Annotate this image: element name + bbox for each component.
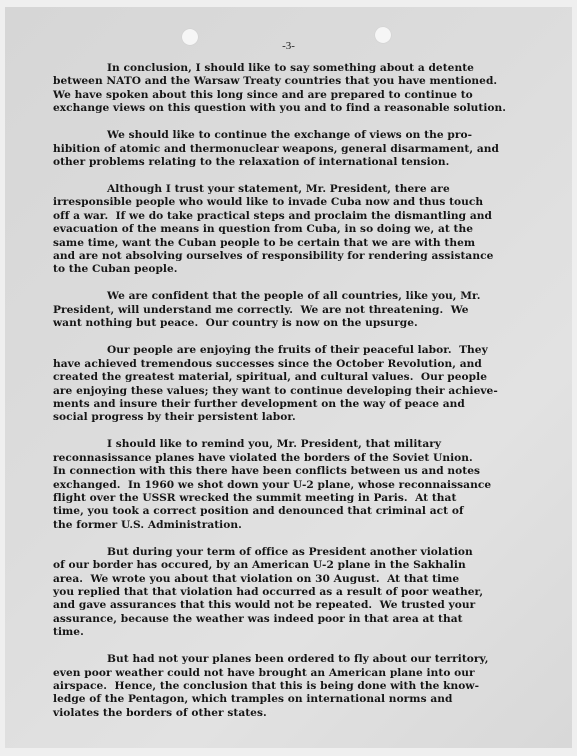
paragraph: But during your term of office as Presid… [53, 546, 513, 640]
paragraph: We should like to continue the exchange … [53, 129, 513, 169]
text-line: off a war. If we do take practical steps… [53, 210, 513, 223]
paragraph: I should like to remind you, Mr. Preside… [53, 438, 513, 532]
text-line: you replied that that violation had occu… [53, 586, 513, 599]
page-number: -3- [5, 40, 572, 52]
letter-body: In conclusion, I should like to say some… [53, 62, 513, 734]
text-line: ledge of the Pentagon, which tramples on… [53, 693, 513, 706]
text-line: But during your term of office as Presid… [53, 546, 513, 559]
text-line: evacuation of the means in question from… [53, 223, 513, 236]
text-line: In connection with this there have been … [53, 465, 513, 478]
text-line: have achieved tremendous successes since… [53, 358, 513, 371]
text-line: exchanged. In 1960 we shot down your U-2… [53, 479, 513, 492]
text-line: irresponsible people who would like to i… [53, 196, 513, 209]
text-line: Our people are enjoying the fruits of th… [53, 344, 513, 357]
text-line: But had not your planes been ordered to … [53, 653, 513, 666]
text-line: social progress by their persistent labo… [53, 411, 513, 424]
text-line: even poor weather could not have brought… [53, 667, 513, 680]
text-line: want nothing but peace. Our country is n… [53, 317, 513, 330]
paragraph: In conclusion, I should like to say some… [53, 62, 513, 116]
text-line: We should like to continue the exchange … [53, 129, 513, 142]
text-line: created the greatest material, spiritual… [53, 371, 513, 384]
paragraph: But had not your planes been ordered to … [53, 653, 513, 720]
text-line: We have spoken about this long since and… [53, 89, 513, 102]
text-line: and gave assurances that this would not … [53, 599, 513, 612]
text-line: are enjoying these values; they want to … [53, 385, 513, 398]
text-line: assurance, because the weather was indee… [53, 613, 513, 626]
text-line: and are not absolving ourselves of respo… [53, 250, 513, 263]
text-line: other problems relating to the relaxatio… [53, 156, 513, 169]
text-line: President, will understand me correctly.… [53, 304, 513, 317]
paragraph: Our people are enjoying the fruits of th… [53, 344, 513, 424]
text-line: same time, want the Cuban people to be c… [53, 237, 513, 250]
document-page: -3- In conclusion, I should like to say … [5, 7, 572, 748]
text-line: to the Cuban people. [53, 263, 513, 276]
text-line: time. [53, 626, 513, 639]
paragraph: Although I trust your statement, Mr. Pre… [53, 183, 513, 277]
text-line: exchange views on this question with you… [53, 102, 513, 115]
text-line: Although I trust your statement, Mr. Pre… [53, 183, 513, 196]
text-line: violates the borders of other states. [53, 707, 513, 720]
text-line: time, you took a correct position and de… [53, 505, 513, 518]
text-line: of our border has occured, by an America… [53, 559, 513, 572]
text-line: In conclusion, I should like to say some… [53, 62, 513, 75]
text-line: reconnasissance planes have violated the… [53, 452, 513, 465]
text-line: between NATO and the Warsaw Treaty count… [53, 75, 513, 88]
text-line: airspace. Hence, the conclusion that thi… [53, 680, 513, 693]
text-line: We are confident that the people of all … [53, 290, 513, 303]
text-line: I should like to remind you, Mr. Preside… [53, 438, 513, 451]
text-line: the former U.S. Administration. [53, 519, 513, 532]
text-line: area. We wrote you about that violation … [53, 573, 513, 586]
text-line: hibition of atomic and thermonuclear wea… [53, 143, 513, 156]
paragraph: We are confident that the people of all … [53, 290, 513, 330]
text-line: flight over the USSR wrecked the summit … [53, 492, 513, 505]
text-line: ments and insure their further developme… [53, 398, 513, 411]
